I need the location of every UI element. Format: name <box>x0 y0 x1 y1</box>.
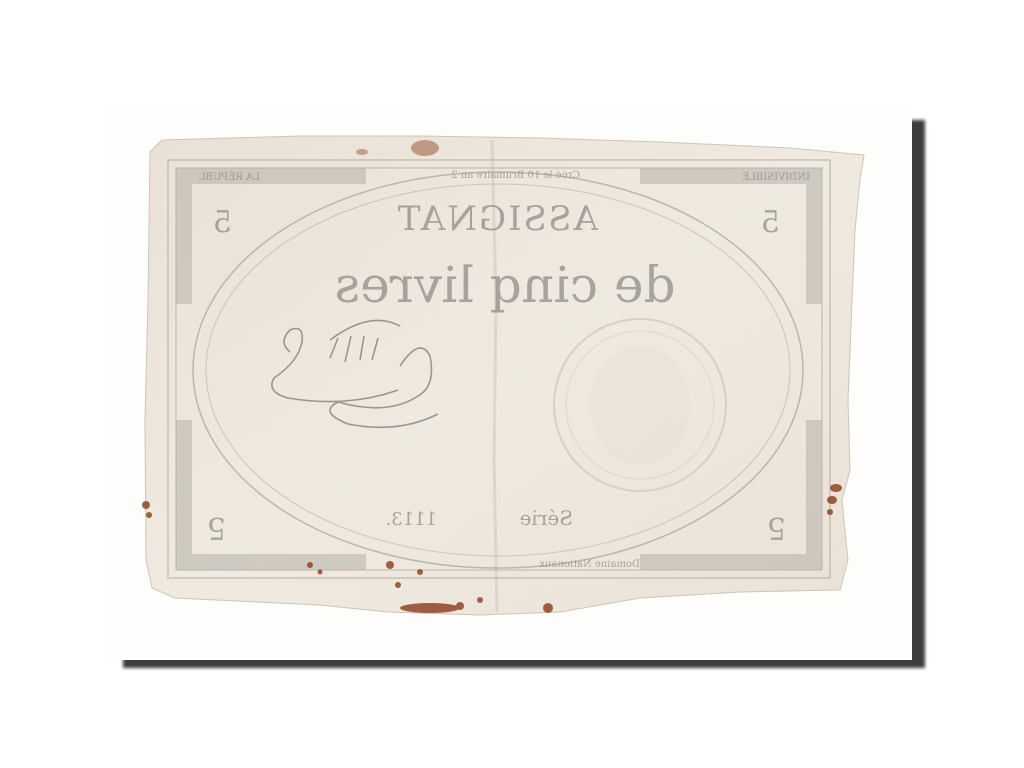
banknote-title: ASSIGNAT <box>396 199 599 239</box>
corner-numeral-tl: 5 <box>213 205 232 240</box>
top-band-text: Créé le 10 Brumaire an 2 <box>451 170 580 181</box>
banknote-denomination: de cinq livres <box>335 256 676 314</box>
corner-text-tl: LA RÉPUBL <box>199 171 260 183</box>
corner-numeral-bl: 5 <box>207 510 226 545</box>
corner-numeral-tr: 5 <box>761 205 780 240</box>
corner-text-tr: INDIVISIBLE <box>742 172 810 183</box>
corner-numeral-br: 5 <box>767 510 786 545</box>
banknote: 5 5 5 5 Créé le 10 Brumaire an 2 Domaine… <box>0 0 1024 768</box>
serie-number: 1113. <box>385 509 437 530</box>
serie-label: Série <box>520 506 573 530</box>
bottom-band-text: Domaine Nationaux <box>539 559 640 570</box>
